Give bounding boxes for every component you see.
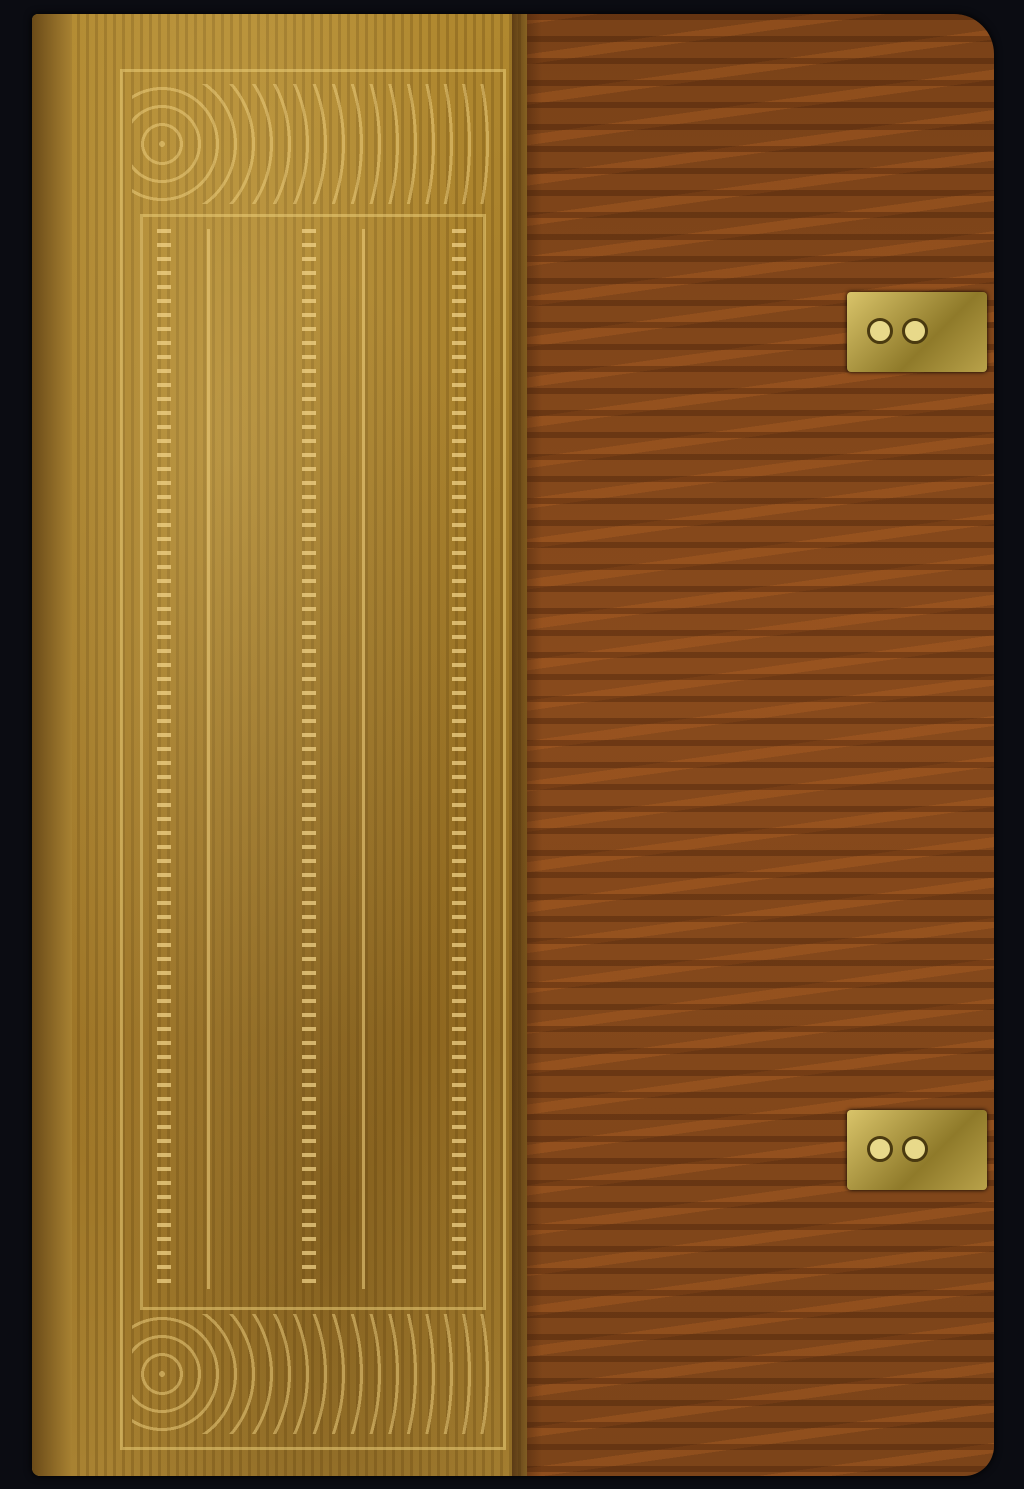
- spine-raised-bands: [32, 14, 72, 1476]
- dotted-roll: [452, 229, 466, 1289]
- dotted-roll: [157, 229, 171, 1289]
- tooled-leather-panel: [32, 14, 527, 1476]
- upper-brass-clasp: [847, 292, 987, 372]
- lower-brass-clasp: [847, 1110, 987, 1190]
- dotted-roll: [302, 229, 316, 1289]
- leather-edge-shadow: [512, 14, 542, 1476]
- wooden-board: [527, 14, 994, 1476]
- bottom-floral-band: [132, 1314, 492, 1434]
- top-floral-band: [132, 84, 492, 204]
- fillet-line: [362, 229, 365, 1289]
- fillet-line: [207, 229, 210, 1289]
- book-cover: [32, 14, 994, 1476]
